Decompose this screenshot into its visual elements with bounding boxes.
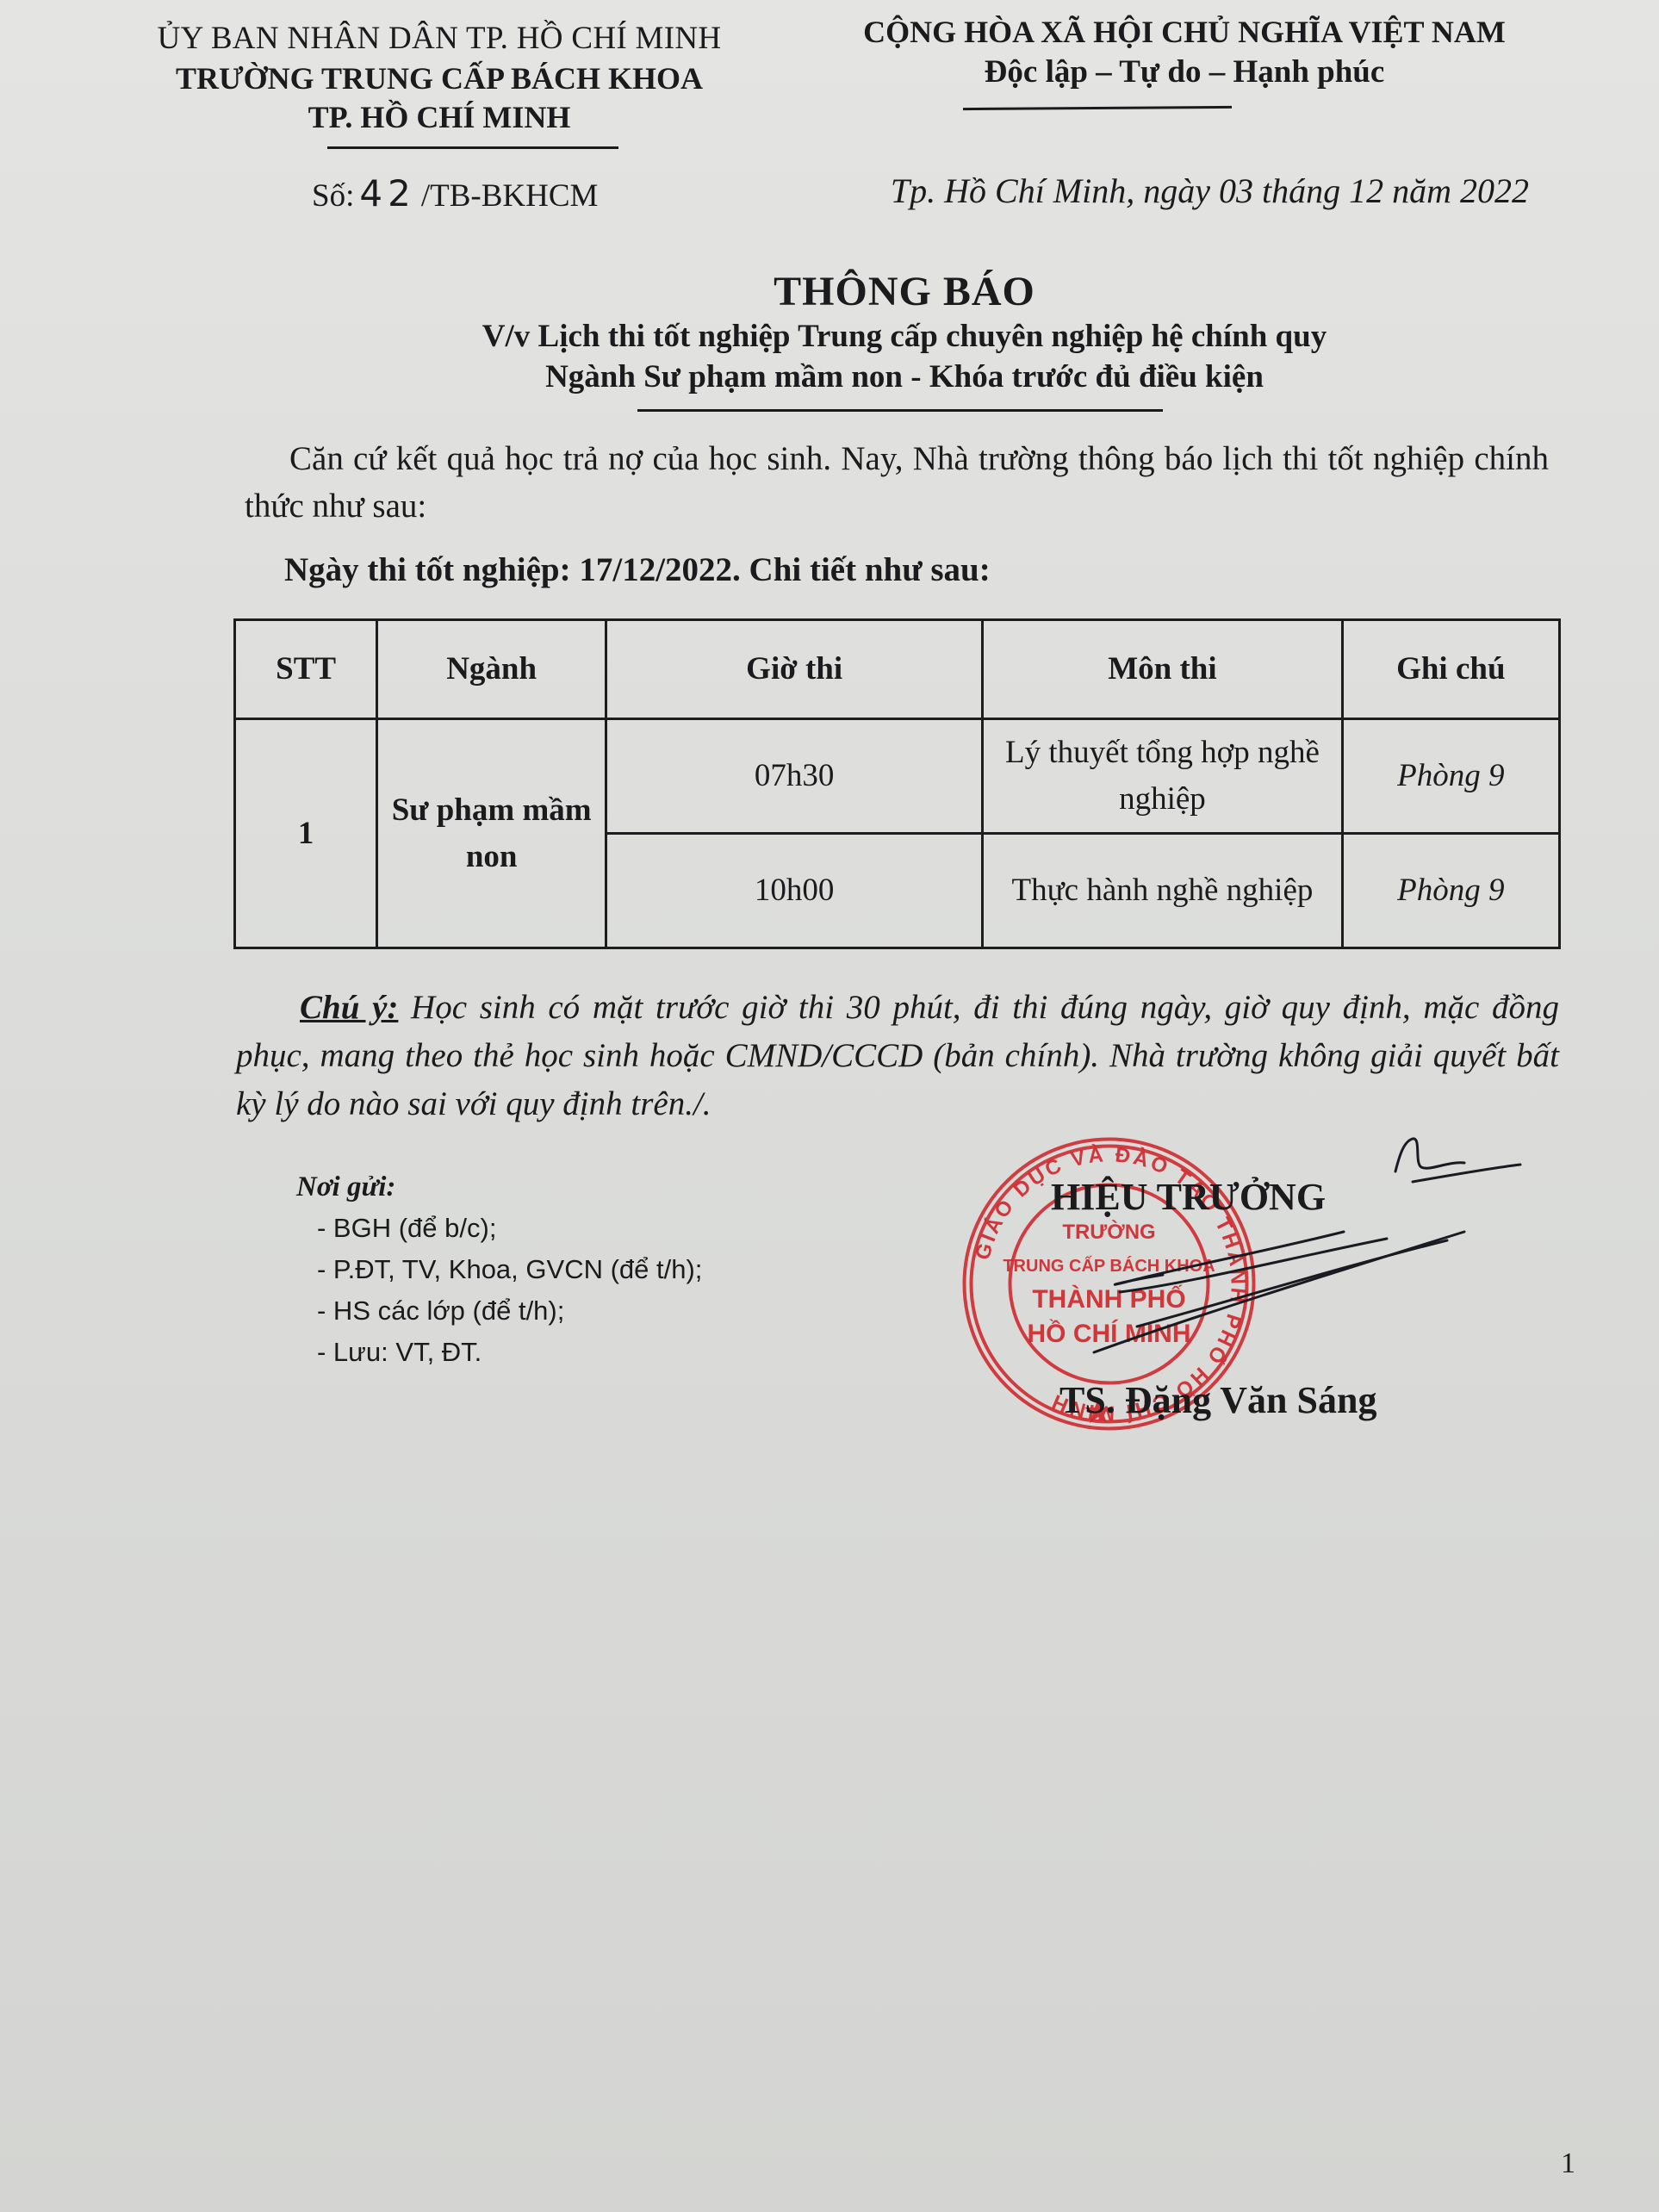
cell-subject: Thực hành nghề nghiệp <box>983 834 1342 948</box>
school-city: TP. HỒ CHÍ MINH <box>129 98 749 136</box>
subject-line-1: V/v Lịch thi tốt nghiệp Trung cấp chuyên… <box>258 316 1550 357</box>
intro-paragraph: Căn cứ kết quả học trả nợ của học sinh. … <box>245 435 1549 530</box>
recipient-item: - HS các lớp (để t/h); <box>296 1290 702 1332</box>
subject-line-2: Ngành Sư phạm mầm non - Khóa trước đủ đi… <box>258 357 1550 398</box>
note-label: Chú ý: <box>300 989 398 1026</box>
exam-date-line: Ngày thi tốt nghiệp: 17/12/2022. Chi tiế… <box>284 548 991 593</box>
header-major: Ngành <box>377 620 606 719</box>
header-note: Ghi chú <box>1342 620 1559 719</box>
place-date: Tp. Hồ Chí Minh, ngày 03 tháng 12 năm 20… <box>823 169 1529 214</box>
school-name: TRƯỜNG TRUNG CẤP BÁCH KHOA <box>129 59 749 98</box>
nation-name: CỘNG HÒA XÃ HỘI CHỦ NGHĨA VIỆT NAM <box>840 12 1529 52</box>
issuer-underline <box>327 146 618 149</box>
motto-underline <box>963 106 1232 110</box>
cell-subject: Lý thuyết tổng hợp nghề nghiệp <box>983 719 1342 834</box>
recipient-item: - Lưu: VT, ĐT. <box>296 1332 702 1373</box>
table-header-row: STT Ngành Giờ thi Môn thi Ghi chú <box>235 620 1560 719</box>
cell-stt: 1 <box>235 719 377 948</box>
doc-no-prefix: Số: <box>312 178 354 214</box>
cell-time: 07h30 <box>606 719 983 834</box>
page-number: 1 <box>1561 2147 1575 2181</box>
header-subject: Môn thi <box>983 620 1342 719</box>
authority-name: ỦY BAN NHÂN DÂN TP. HỒ CHÍ MINH <box>129 19 749 59</box>
recipient-item: - BGH (để b/c); <box>296 1208 702 1249</box>
national-motto: Độc lập – Tự do – Hạnh phúc <box>840 52 1529 93</box>
issuer-block: ỦY BAN NHÂN DÂN TP. HỒ CHÍ MINH TRƯỜNG T… <box>129 19 749 136</box>
document-number: Số:42/TB-BKHCM <box>312 172 598 218</box>
cell-note: Phòng 9 <box>1342 834 1559 948</box>
recipient-item: - P.ĐT, TV, Khoa, GVCN (để t/h); <box>296 1249 702 1290</box>
title-underline <box>637 409 1163 412</box>
cell-note: Phòng 9 <box>1342 719 1559 834</box>
signer-name: TS. Đặng Văn Sáng <box>1059 1376 1376 1425</box>
doc-no-handwritten: 42 <box>359 172 415 214</box>
note-text: Học sinh có mặt trước giờ thi 30 phút, đ… <box>236 989 1559 1122</box>
cell-time: 10h00 <box>606 834 983 948</box>
header-stt: STT <box>235 620 377 719</box>
handwritten-signature-icon <box>1016 1128 1533 1387</box>
exam-schedule-table: STT Ngành Giờ thi Môn thi Ghi chú 1 Sư p… <box>233 618 1561 949</box>
doc-no-suffix: /TB-BKHCM <box>421 178 599 214</box>
recipients-heading: Nơi gửi: <box>296 1166 702 1208</box>
note-paragraph: Chú ý: Học sinh có mặt trước giờ thi 30 … <box>236 984 1559 1128</box>
header-time: Giờ thi <box>606 620 983 719</box>
document-title: THÔNG BÁO <box>345 267 1464 317</box>
table-row: 1 Sư phạm mầm non 07h30 Lý thuyết tổng h… <box>235 719 1560 834</box>
recipients-block: Nơi gửi: - BGH (để b/c); - P.ĐT, TV, Kho… <box>296 1166 702 1373</box>
national-header: CỘNG HÒA XÃ HỘI CHỦ NGHĨA VIỆT NAM Độc l… <box>840 12 1529 93</box>
cell-major: Sư phạm mầm non <box>377 719 606 948</box>
